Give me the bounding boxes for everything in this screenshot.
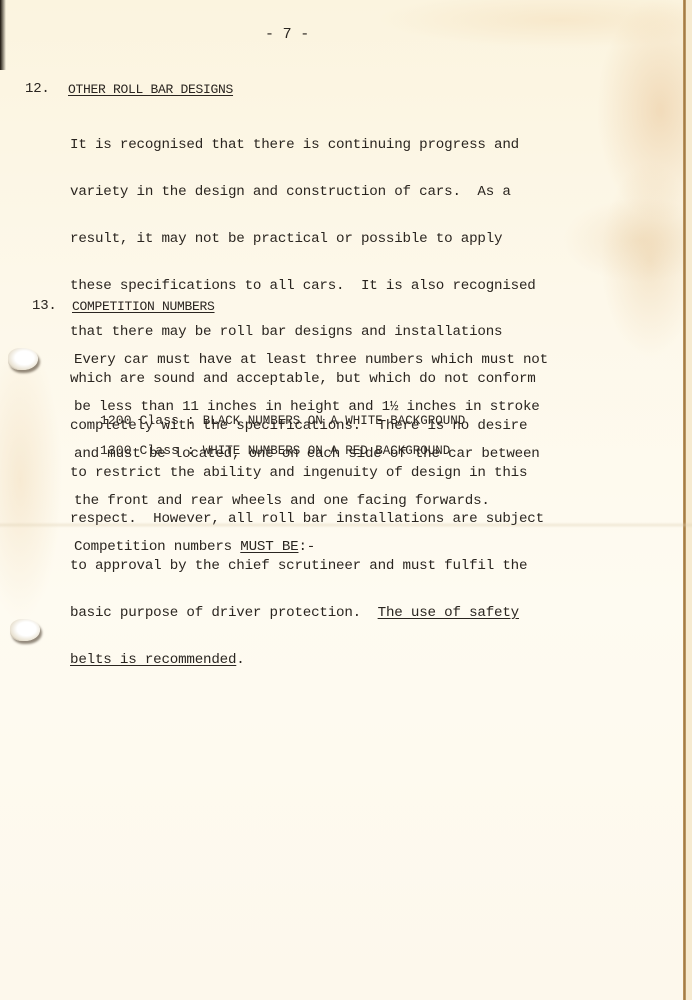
paragraph-line: belts is recommended. — [70, 653, 544, 669]
text: basic purpose of driver protection. — [70, 605, 378, 621]
class-rule-text: BLACK NUMBERS ON A WHITE BACKGROUND — [203, 414, 466, 428]
class-rule: 1200 Class : BLACK NUMBERS ON A WHITE BA… — [100, 413, 465, 430]
section-heading: OTHER ROLL BAR DESIGNS — [68, 82, 233, 98]
paragraph-line: It is recognised that there is continuin… — [70, 138, 544, 154]
punch-hole — [8, 348, 38, 370]
emphasis-text: belts is recommended — [70, 652, 236, 668]
emphasis-text: MUST BE — [240, 539, 298, 555]
separator: : — [187, 443, 195, 458]
text: . — [236, 652, 244, 668]
separator: : — [187, 413, 195, 428]
page-number: - 7 - — [265, 27, 309, 43]
scan-shadow — [0, 0, 6, 70]
section-heading: COMPETITION NUMBERS — [72, 299, 215, 315]
page-margin — [686, 0, 692, 1000]
emphasis-text: The use of safety — [378, 605, 519, 621]
section-number: 13. — [32, 299, 57, 315]
class-label: 1300 Class — [100, 443, 179, 458]
document-page: - 7 - 12. OTHER ROLL BAR DESIGNS It is r… — [0, 0, 692, 1000]
paragraph-line: the front and rear wheels and one facing… — [74, 494, 548, 510]
paragraph-line: result, it may not be practical or possi… — [70, 232, 544, 248]
paragraph-line: these specifications to all cars. It is … — [70, 279, 544, 295]
text: Competition numbers — [74, 539, 240, 555]
class-rule-text: WHITE NUMBERS ON A RED BACKGROUND — [203, 444, 451, 458]
class-rule: 1300 Class : WHITE NUMBERS ON A RED BACK… — [100, 443, 450, 460]
paragraph-line: Every car must have at least three numbe… — [74, 353, 548, 369]
class-label: 1200 Class — [100, 413, 179, 428]
text: :- — [298, 539, 315, 555]
punch-hole — [10, 619, 40, 641]
paragraph-line: variety in the design and construction o… — [70, 185, 544, 201]
section-number: 12. — [25, 82, 50, 98]
paragraph-line: Competition numbers MUST BE:- — [74, 540, 548, 556]
paragraph-line: basic purpose of driver protection. The … — [70, 606, 544, 622]
